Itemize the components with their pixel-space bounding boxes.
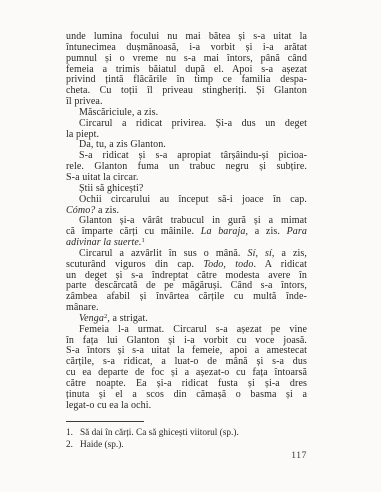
- text-segment: , a zis.: [245, 226, 286, 237]
- footnote-item: 2. Haide (sp.).: [66, 439, 312, 451]
- text-segment: femeia a trimis băiatul după el. Apoi s-…: [66, 64, 307, 75]
- text-segment: cheta. Cu toții îl priveau stingheriți. …: [66, 85, 307, 96]
- text-segment: La baraja: [201, 226, 246, 237]
- text-segment: Circarul a ridicat privirea. Și-a dus un…: [79, 118, 307, 129]
- text-segment: zâmbea afabil și învârtea cărțile cu mul…: [66, 291, 307, 302]
- footnote-number: 2.: [66, 439, 80, 451]
- text-segment: Circarul a azvârlit în sus o mână.: [79, 248, 247, 259]
- text-line: Circarul a ridicat privirea. Și-a dus un…: [66, 119, 307, 130]
- page-number: 117: [291, 451, 307, 461]
- text-segment: Ochii circarului au început să-i joace î…: [79, 194, 307, 205]
- footnote-number: 1.: [66, 427, 80, 439]
- text-segment: Venga: [79, 313, 104, 324]
- text-segment: pumnul și o vreme nu s-a mai întors, pân…: [66, 53, 307, 64]
- text-segment: parte descărcată de pe măgăruși. Când s-…: [66, 280, 307, 291]
- text-segment: . A ridicat: [253, 259, 307, 270]
- footnote-text: Haide (sp.).: [80, 439, 312, 451]
- footnote-separator-rule: [66, 421, 144, 422]
- text-segment: , a zis,: [272, 248, 307, 259]
- text-segment: S-a întors și s-a uitat la femeie, apoi …: [66, 345, 307, 356]
- text-segment: adivinar la suerte.: [66, 237, 142, 248]
- text-segment: legat-o cu ea la ochi.: [66, 400, 151, 411]
- text-segment: a zis.: [95, 205, 119, 216]
- text-segment: Știi să ghicești?: [79, 183, 143, 194]
- text-segment: Sí, sí: [247, 248, 271, 259]
- text-segment: mânare.: [66, 302, 99, 313]
- text-segment: la piept.: [66, 129, 99, 140]
- text-segment: Măscăriciule, a zis.: [79, 107, 158, 118]
- text-segment: S-a uitat la circar.: [66, 172, 139, 183]
- text-segment: întunecimea dușmănoasă, i-a vorbit și i-…: [66, 42, 307, 53]
- text-segment: către noapte. Ea și-a ridicat fusta și ș…: [66, 378, 307, 389]
- body-text: unde lumina focului nu mai bătea și s-a …: [66, 32, 307, 412]
- text-segment: , a strigat.: [107, 313, 148, 324]
- text-segment: în fața lui Glanton și i-a vorbit cu voc…: [66, 335, 307, 346]
- footnote-text: Să dai în cărți. Ca să ghicești viitorul…: [80, 427, 312, 439]
- text-segment: unde lumina focului nu mai bătea și s-a …: [66, 31, 307, 42]
- text-segment: ținuta și el a scos din cămașă o basma ș…: [66, 389, 307, 400]
- footnote-item: 1. Să dai în cărți. Ca să ghicești viito…: [66, 427, 312, 439]
- text-segment: rele. Glanton fuma un trabuc negru și su…: [66, 161, 307, 172]
- text-segment: Glanton și-a vârât trabucul in gură și a…: [79, 215, 307, 226]
- book-page: unde lumina focului nu mai bătea și s-a …: [0, 0, 381, 492]
- text-segment: scuturând viguros din cap.: [66, 259, 203, 270]
- text-segment: privind țintă flăcările în timp ce famil…: [66, 74, 307, 85]
- text-line: legat-o cu ea la ochi.: [66, 401, 307, 412]
- text-segment: Para: [287, 226, 307, 237]
- footnote-reference: 1: [142, 237, 145, 244]
- text-segment: S-a ridicat și s-a apropiat târșâindu-și…: [79, 150, 307, 161]
- text-segment: un deget și s-a îndreptat către modesta …: [66, 270, 307, 281]
- text-segment: Cómo?: [66, 205, 95, 216]
- text-line: zâmbea afabil și învârtea cărțile cu mul…: [66, 292, 307, 303]
- footnotes: 1. Să dai în cărți. Ca să ghicești viito…: [66, 427, 312, 452]
- text-segment: îl privea.: [66, 96, 103, 107]
- text-segment: Todo, todo: [203, 259, 253, 270]
- text-segment: Femeia l-a urmat. Circarul s-a așezat pe…: [79, 324, 307, 335]
- text-segment: cărțile, s-a ridicat, a luat-o de mână ș…: [66, 356, 307, 367]
- text-segment: că împarte cărți cu mâinile.: [66, 226, 201, 237]
- text-segment: Da, tu, a zis Glanton.: [79, 139, 166, 150]
- text-segment: cu ea departe de foc și a așezat-o cu fa…: [66, 367, 307, 378]
